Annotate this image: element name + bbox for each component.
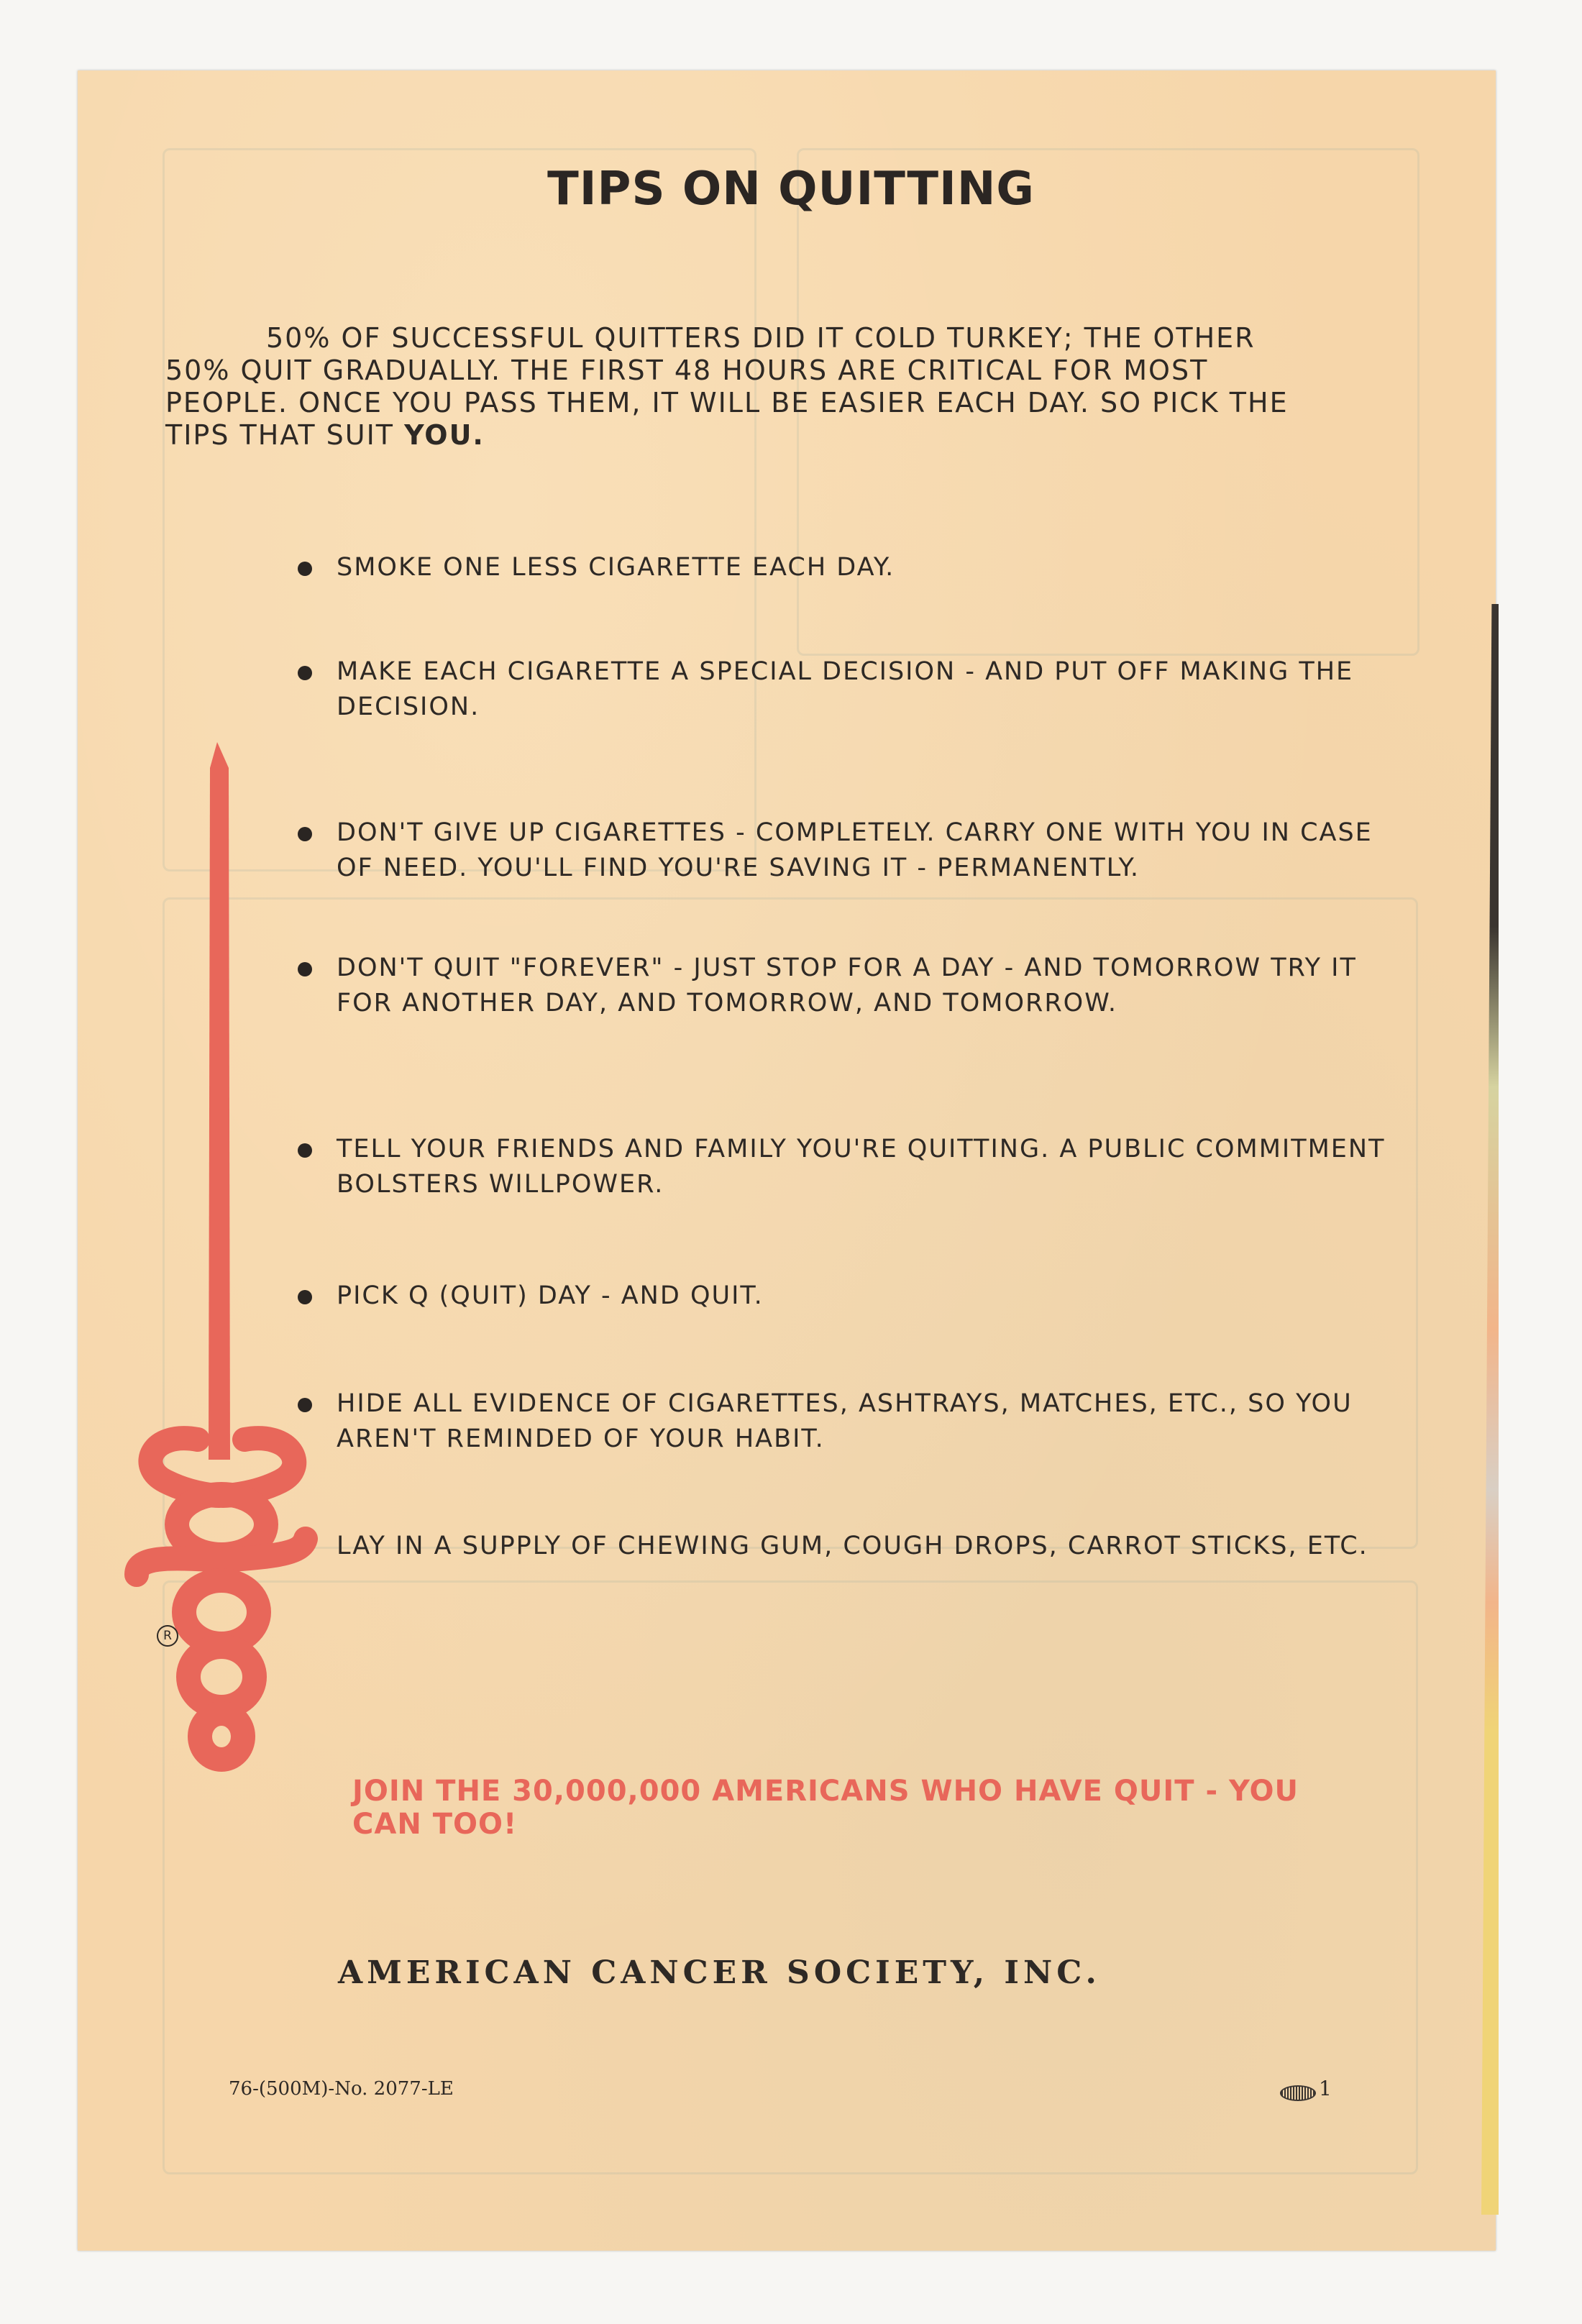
list-item: SMOKE ONE LESS CIGARETTE EACH DAY.: [288, 550, 1401, 585]
page-title: TIPS ON QUITTING: [0, 163, 1582, 216]
tip-text: SMOKE ONE LESS CIGARETTE EACH DAY.: [337, 553, 895, 582]
print-code: 76-(500M)-No. 2077-LE: [229, 2078, 454, 2100]
tip-text: DON'T QUIT "FOREVER" - JUST STOP FOR A D…: [337, 953, 1357, 1017]
tip-text: TELL YOUR FRIENDS AND FAMILY YOU'RE QUIT…: [337, 1135, 1385, 1199]
intro-paragraph: 50% OF SUCCESSFUL QUITTERS DID IT COLD T…: [165, 322, 1316, 452]
list-item: LAY IN A SUPPLY OF CHEWING GUM, COUGH DR…: [288, 1529, 1401, 1564]
bullet-icon: [298, 562, 312, 576]
organization-name: AMERICAN CANCER SOCIETY, INC.: [338, 1954, 1101, 1991]
tip-text: DON'T GIVE UP CIGARETTES - COMPLETELY. C…: [337, 818, 1373, 882]
sword-and-serpent-icon: [122, 733, 331, 1798]
intro-text: 50% OF SUCCESSFUL QUITTERS DID IT COLD T…: [165, 322, 1289, 451]
bullet-icon: [298, 666, 312, 680]
list-item: DON'T GIVE UP CIGARETTES - COMPLETELY. C…: [288, 815, 1401, 886]
list-item: DON'T QUIT "FOREVER" - JUST STOP FOR A D…: [288, 951, 1401, 1021]
tip-text: HIDE ALL EVIDENCE OF CIGARETTES, ASHTRAY…: [337, 1389, 1353, 1453]
tip-text: LAY IN A SUPPLY OF CHEWING GUM, COUGH DR…: [337, 1532, 1368, 1560]
list-item: PICK Q (QUIT) DAY - AND QUIT.: [288, 1278, 1401, 1314]
page-number: 1: [1319, 2077, 1332, 2100]
union-label-icon: [1280, 2085, 1316, 2101]
tip-text: MAKE EACH CIGARETTE A SPECIAL DECISION -…: [337, 657, 1353, 721]
list-item: MAKE EACH CIGARETTE A SPECIAL DECISION -…: [288, 654, 1401, 725]
list-item: TELL YOUR FRIENDS AND FAMILY YOU'RE QUIT…: [288, 1132, 1401, 1202]
intro-emphasis: YOU.: [404, 419, 485, 451]
tip-text: PICK Q (QUIT) DAY - AND QUIT.: [337, 1281, 764, 1310]
list-item: HIDE ALL EVIDENCE OF CIGARETTES, ASHTRAY…: [288, 1386, 1401, 1457]
slogan: JOIN THE 30,000,000 AMERICANS WHO HAVE Q…: [352, 1775, 1323, 1841]
registered-trademark-icon: R: [157, 1625, 178, 1647]
